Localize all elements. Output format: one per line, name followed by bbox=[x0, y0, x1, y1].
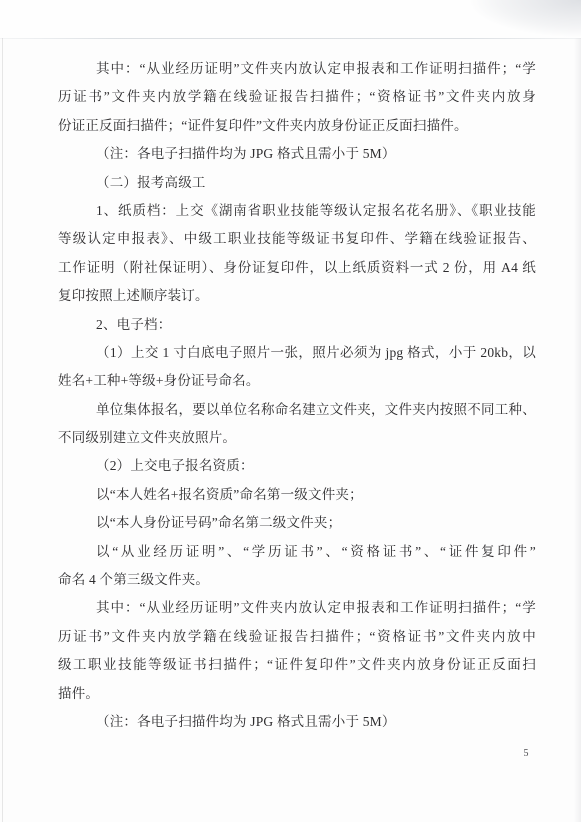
scan-left-edge-line bbox=[2, 38, 3, 822]
text-line: 历证书”文件夹内放学籍在线验证报告扫描件；“资格证书”文件夹内放身 bbox=[58, 83, 536, 111]
text-line: 描件。 bbox=[58, 680, 536, 708]
text-line: （注：各电子扫描件均为 JPG 格式且需小于 5M） bbox=[58, 140, 536, 168]
scan-right-edge-shadow bbox=[574, 38, 581, 822]
text-line: 不同级别建立文件夹放照片。 bbox=[58, 424, 536, 452]
text-line: 以“本人姓名+报名资质”命名第一级文件夹； bbox=[58, 481, 536, 509]
text-line: 单位集体报名，要以单位名称命名建立文件夹，文件夹内按照不同工种、 bbox=[58, 396, 536, 424]
text-line: 历证书”文件夹内放学籍在线验证报告扫描件；“资格证书”文件夹内放中 bbox=[58, 623, 536, 651]
text-line: 级工职业技能等级证书扫描件；“证件复印件”文件夹内放身份证正反面扫 bbox=[58, 651, 536, 679]
text-line: 工作证明（附社保证明）、身份证复印件，以上纸质资料一式 2 份，用 A4 纸 bbox=[58, 254, 536, 282]
document-body: 其中：“从业经历证明”文件夹内放认定申报表和工作证明扫描件；“学历证书”文件夹内… bbox=[58, 55, 536, 736]
text-line: 以“从业经历证明”、“学历证书”、“资格证书”、“证件复印件” bbox=[58, 538, 536, 566]
text-line: 复印按照上述顺序装订。 bbox=[58, 282, 536, 310]
text-line: 2、电子档： bbox=[58, 311, 536, 339]
text-line: （二）报考高级工 bbox=[58, 169, 536, 197]
text-line: 等级认定申报表》、中级工职业技能等级证书复印件、学籍在线验证报告、 bbox=[58, 225, 536, 253]
text-line: （1）上交 1 寸白底电子照片一张，照片必须为 jpg 格式，小于 20kb，以 bbox=[58, 339, 536, 367]
text-line: 以“本人身份证号码”命名第二级文件夹； bbox=[58, 509, 536, 537]
text-line: 份证正反面扫描件；“证件复印件”文件夹内放身份证正反面扫描件。 bbox=[58, 112, 536, 140]
text-line: （注：各电子扫描件均为 JPG 格式且需小于 5M） bbox=[58, 708, 536, 736]
scanned-page: 其中：“从业经历证明”文件夹内放认定申报表和工作证明扫描件；“学历证书”文件夹内… bbox=[0, 0, 581, 822]
text-line: 1、纸质档：上交《湖南省职业技能等级认定报名花名册》、《职业技能 bbox=[58, 197, 536, 225]
text-line: 其中：“从业经历证明”文件夹内放认定申报表和工作证明扫描件；“学 bbox=[58, 594, 536, 622]
text-line: 姓名+工种+等级+身份证号命名。 bbox=[58, 367, 536, 395]
text-line: （2）上交电子报名资质： bbox=[58, 452, 536, 480]
text-line: 命名 4 个第三级文件夹。 bbox=[58, 566, 536, 594]
page-number: 5 bbox=[519, 748, 533, 759]
scan-edge-line bbox=[0, 38, 581, 39]
text-line: 其中：“从业经历证明”文件夹内放认定申报表和工作证明扫描件；“学 bbox=[58, 55, 536, 83]
